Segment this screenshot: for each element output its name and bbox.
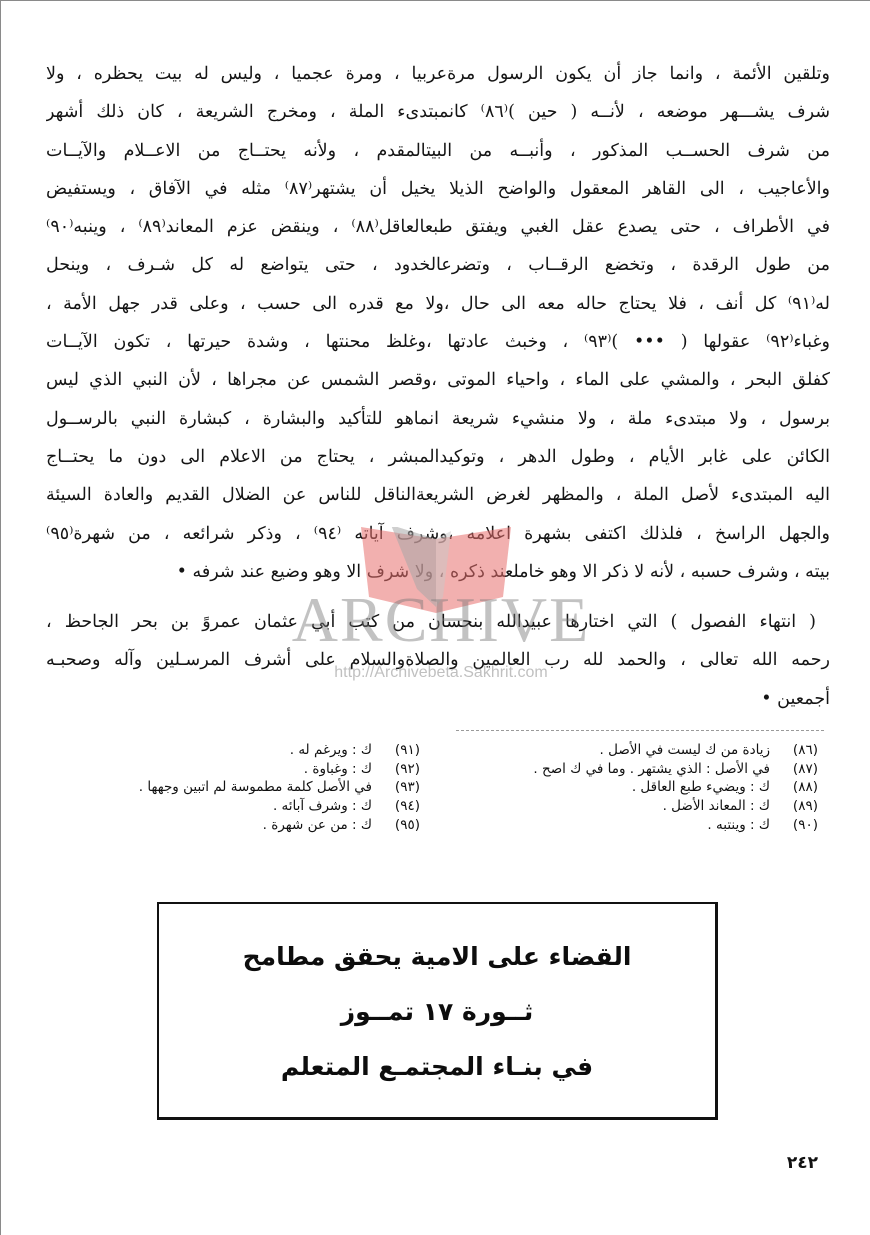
page-number: ٢٤٢ (787, 1153, 818, 1173)
footnote-number: (٨٩) (770, 797, 818, 816)
slogan-box: القضاء على الامية يحقق مطامح ثــورة ١٧ ت… (157, 902, 718, 1120)
footnote-item: (٨٧) في الأصل : الذي يشتهر . وما في ك اص… (458, 760, 818, 779)
footnote-item: (٩٥) ك : من عن شهرة . (30, 816, 420, 835)
document-page: وتلقين الأئمة ، وانما جاز أن يكون الرسول… (0, 0, 870, 1235)
main-paragraph: وتلقين الأئمة ، وانما جاز أن يكون الرسول… (46, 55, 830, 591)
slogan-line-1: القضاء على الامية يحقق مطامح (243, 942, 632, 971)
footnote-number: (٨٨) (770, 778, 818, 797)
text-line: رحمه الله تعالى ، والحمد لله رب العالمين… (46, 641, 830, 679)
footnote-text: ك : من عن شهرة . (30, 816, 372, 835)
footnote-item: (٨٦) زيادة من ك ليست في الأصل . (458, 741, 818, 760)
text-line: له⁽٩١⁾ كل أنف ، فلا يحتاج حاله معه الى ح… (46, 285, 830, 323)
footnote-item: (٨٩) ك : المعاند الأضل . (458, 797, 818, 816)
footnote-text: في الأصل : الذي يشتهر . وما في ك اصح . (458, 760, 770, 779)
footnote-number: (٨٧) (770, 760, 818, 779)
text-line: ( انتهاء الفصول ) التي اختارها عبيدالله … (46, 603, 830, 641)
footnote-number: (٩٢) (372, 760, 420, 779)
footnote-item: (٩٣) في الأصل كلمة مطموسة لم اتبين وجهها… (30, 778, 420, 797)
footnote-number: (٩٤) (372, 797, 420, 816)
text-line: من شرف الحســب المذكور ، وأنبــه من البي… (46, 132, 830, 170)
text-line: بيته ، وشرف حسبه ، لأنه لا ذكر الا وهو خ… (46, 553, 830, 591)
text-line: برسول ، ولا مبتدىء ملة ، ولا منشيء شريعة… (46, 400, 830, 438)
footnote-text: زيادة من ك ليست في الأصل . (458, 741, 770, 760)
footnote-item: (٨٨) ك : ويضيء طبع العاقل . (458, 778, 818, 797)
text-line: والجهل الراسخ ، فلذلك اكتفى بشهرة اعلامه… (46, 515, 830, 553)
slogan-line-3: في بنـاء المجتمـع المتعلم (281, 1052, 593, 1081)
text-line: كفلق البحر ، والمشي على الماء ، واحياء ا… (46, 361, 830, 399)
text-line: في الأطراف ، حتى يصدع عقل الغبي ويفتق طب… (46, 208, 830, 246)
footnote-divider (456, 730, 824, 731)
text-line: أجمعين • (46, 680, 830, 718)
footnote-text: ك : المعاند الأضل . (458, 797, 770, 816)
footnote-number: (٩٥) (372, 816, 420, 835)
footnote-number: (٩١) (372, 741, 420, 760)
footnote-text: ك : ويرغم له . (30, 741, 372, 760)
footnote-item: (٩٤) ك : وشرف آبائه . (30, 797, 420, 816)
footnote-item: (٩٠) ك : وينتبه . (458, 816, 818, 835)
text-line: شرف يشـــهر موضعه ، لأنــه ( حين )⁽٨٦⁾ ك… (46, 93, 830, 131)
text-line: وتلقين الأئمة ، وانما جاز أن يكون الرسول… (46, 55, 830, 93)
text-line: اليه المبتدىء لأصل الملة ، والمظهر لغرض … (46, 476, 830, 514)
footnote-text: ك : وغباوة . (30, 760, 372, 779)
footnote-number: (٨٦) (770, 741, 818, 760)
text-line: من طول الرقدة ، وتخضع الرقــاب ، وتضرعال… (46, 246, 830, 284)
text-line: الكائن على غابر الأيام ، وطول الدهر ، وت… (46, 438, 830, 476)
footnote-text: ك : وينتبه . (458, 816, 770, 835)
footnote-text: في الأصل كلمة مطموسة لم اتبين وجهها . (30, 778, 372, 797)
footnote-item: (٩١) ك : ويرغم له . (30, 741, 420, 760)
slogan-line-2: ثــورة ١٧ تمــوز (341, 997, 534, 1026)
footnote-text: ك : وشرف آبائه . (30, 797, 372, 816)
footnote-text: ك : ويضيء طبع العاقل . (458, 778, 770, 797)
footnotes-left-column: (٩١) ك : ويرغم له . (٩٢) ك : وغباوة . (٩… (30, 741, 420, 834)
footnote-number: (٩٣) (372, 778, 420, 797)
footnote-number: (٩٠) (770, 816, 818, 835)
footnote-item: (٩٢) ك : وغباوة . (30, 760, 420, 779)
text-line: والأعاجيب ، الى القاهر المعقول والواضح ا… (46, 170, 830, 208)
footnotes-right-column: (٨٦) زيادة من ك ليست في الأصل . (٨٧) في … (458, 741, 818, 834)
closing-paragraph: ( انتهاء الفصول ) التي اختارها عبيدالله … (46, 603, 830, 718)
text-line: وغباء⁽٩٢⁾ عقولها ( ••• )⁽٩٣⁾ ، وخبث عادت… (46, 323, 830, 361)
